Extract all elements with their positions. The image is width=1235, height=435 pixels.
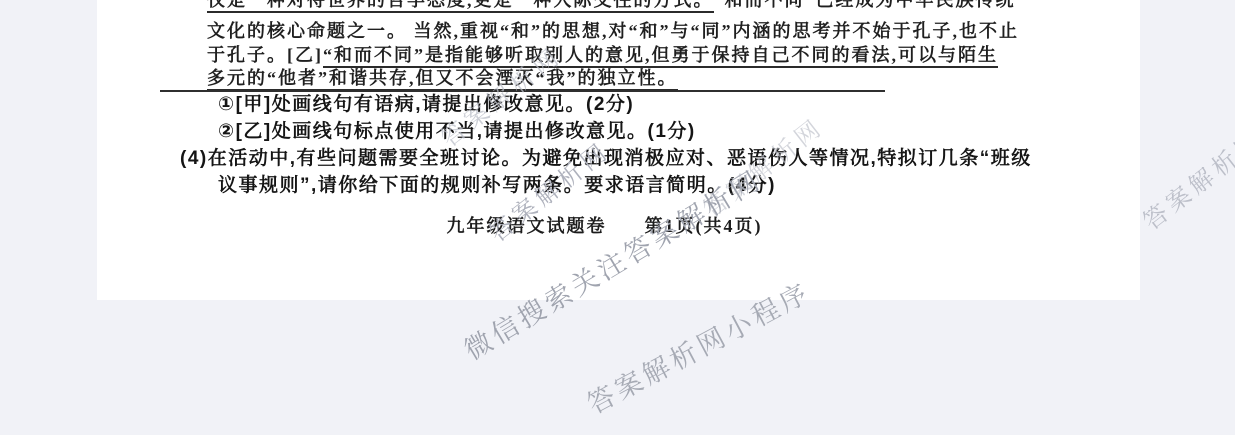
question-4-line-2: 议事规则”,请你给下面的规则补写两条。要求语言简明。(4分)	[218, 175, 776, 197]
passage-line-1: 仅是一种对待世界的哲学态度,更是一种人际交往的方式。“和而不同”已经成为中华民族…	[207, 0, 1016, 10]
footer-page-number: 第1页(共4页)	[645, 212, 763, 238]
passage-line1-rest: “和而不同”已经成为中华民族传统	[714, 0, 1016, 10]
passage-divider-rule	[160, 90, 885, 92]
passage-underline-yi-part2: 多元的“他者”和谐共存,但又不会湮灭“我”的独立性。	[207, 68, 678, 91]
question-1-text: ①[甲]处画线句有语病,请提出修改意见。(2分)	[218, 94, 634, 115]
exam-scan-document: 仅是一种对待世界的哲学态度,更是一种人际交往的方式。“和而不同”已经成为中华民族…	[97, 0, 1140, 300]
question-1: ①[甲]处画线句有语病,请提出修改意见。(2分)	[218, 94, 634, 116]
passage-line-2: 文化的核心命题之一。 当然,重视“和”的思想,对“和”与“同”内涵的思考并不始于…	[207, 21, 1019, 41]
question-2-text: ②[乙]处画线句标点使用不当,请提出修改意见。(1分)	[218, 121, 696, 142]
footer-exam-title: 九年级语文试题卷	[447, 212, 607, 238]
question-2: ②[乙]处画线句标点使用不当,请提出修改意见。(1分)	[218, 121, 696, 143]
passage-line2-text: 文化的核心命题之一。 当然,重视“和”的思想,对“和”与“同”内涵的思考并不始于…	[207, 21, 1019, 41]
question-4-line-1: (4)在活动中,有些问题需要全班讨论。为避免出现消极应对、恶语伤人等情况,特拟订…	[180, 148, 1032, 170]
question-4-line1-text: (4)在活动中,有些问题需要全班讨论。为避免出现消极应对、恶语伤人等情况,特拟订…	[180, 148, 1032, 169]
page-background: 仅是一种对待世界的哲学态度,更是一种人际交往的方式。“和而不同”已经成为中华民族…	[0, 0, 1235, 435]
passage-line3-prefix: 于孔子。[乙]	[207, 45, 323, 65]
passage-line-4: 多元的“他者”和谐共存,但又不会湮灭“我”的独立性。	[207, 68, 678, 88]
passage-line-3: 于孔子。[乙]“和而不同”是指能够听取别人的意见,但勇于保持自己不同的看法,可以…	[207, 45, 998, 65]
watermark-tile-edge: 答案解析网	[1134, 120, 1235, 237]
question-4-line2-text: 议事规则”,请你给下面的规则补写两条。要求语言简明。(4分)	[218, 175, 776, 196]
passage-underline-yi-part1: “和而不同”是指能够听取别人的意见,但勇于保持自己不同的看法,可以与陌生	[323, 45, 998, 68]
page-footer: 九年级语文试题卷 第1页(共4页)	[97, 212, 1126, 238]
passage-underline-jia: 仅是一种对待世界的哲学态度,更是一种人际交往的方式。	[207, 0, 714, 13]
